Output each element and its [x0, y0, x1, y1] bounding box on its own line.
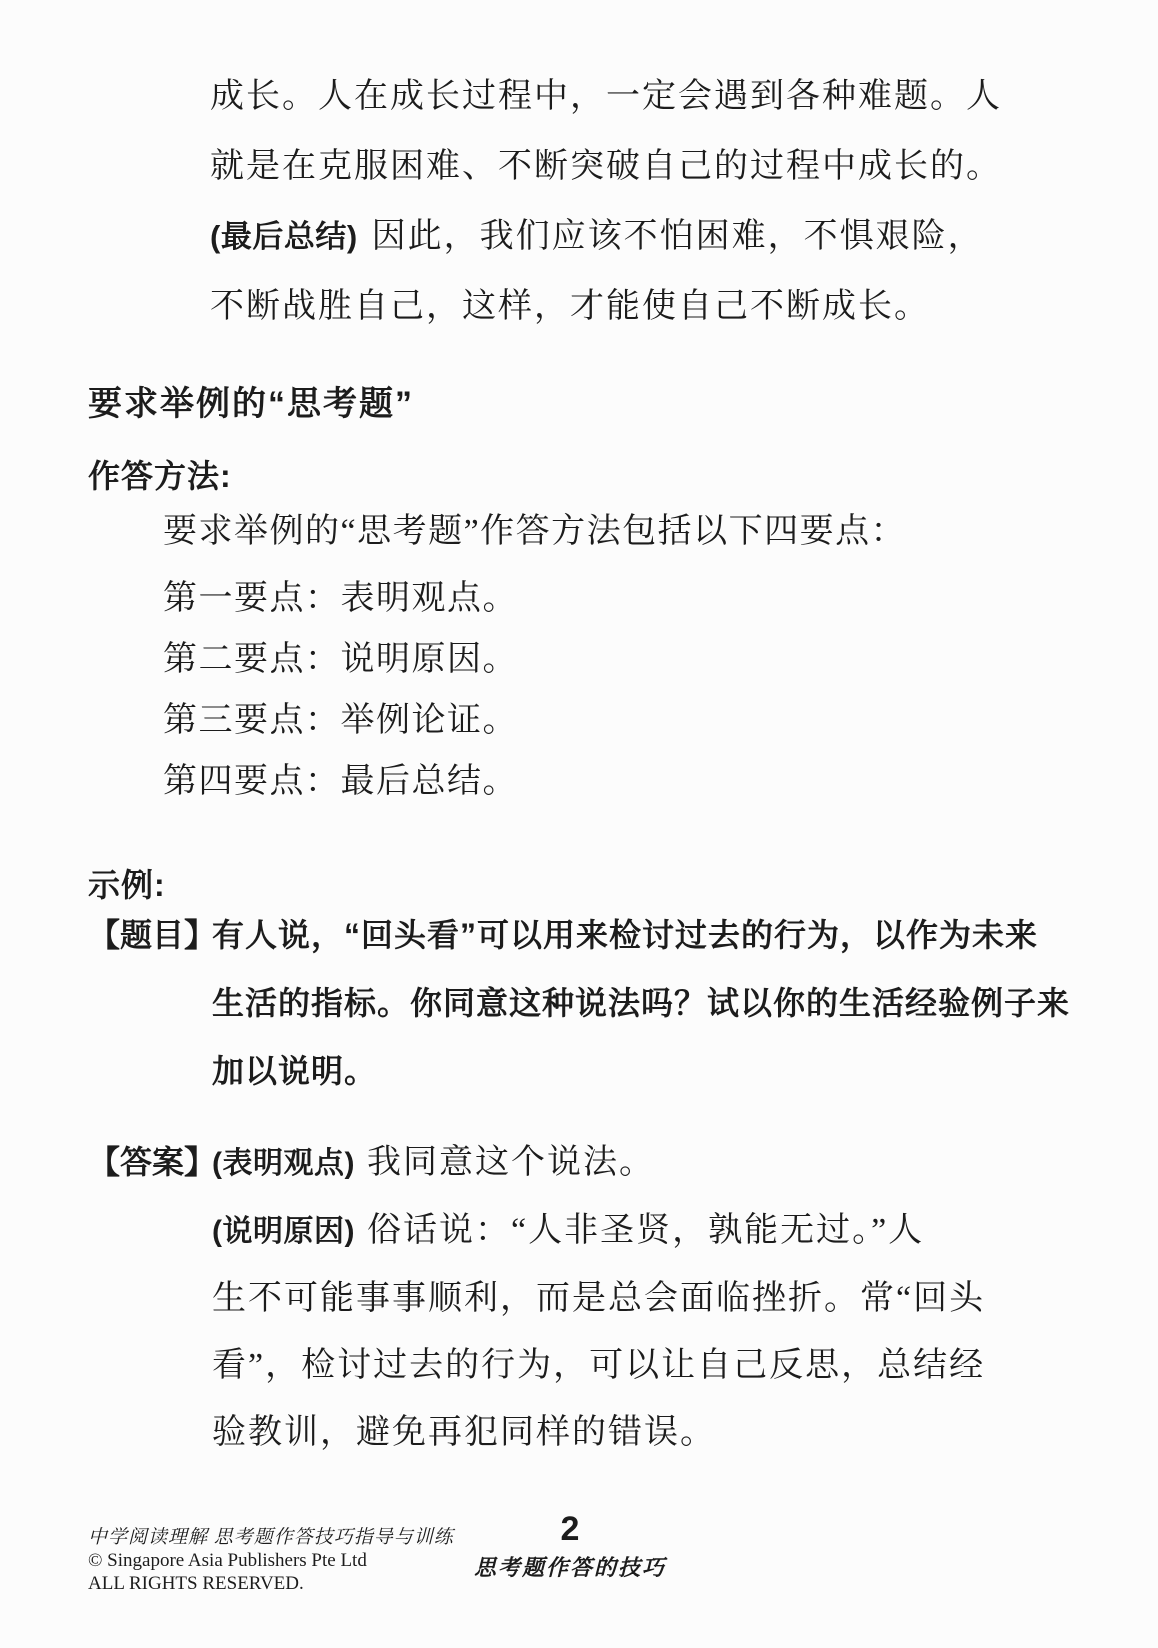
example-label: 示例:: [88, 860, 166, 906]
method-intro: 要求举例的“思考题”作答方法包括以下四要点：: [163, 503, 906, 552]
method-point: 第一要点：表明观点。: [163, 568, 518, 629]
answer-line-text: 俗话说：“人非圣贤，孰能无过。”人: [367, 1212, 924, 1249]
page-number: 2: [420, 1512, 720, 1546]
answer-line: 生不可能事事顺利，而是总会面临挫折。常“回头: [88, 1265, 985, 1332]
question-line-text: 有人说，“回头看”可以用来检讨过去的行为，以作为未来: [212, 917, 1038, 953]
answer-block: 【答案】(表明观点)我同意这个说法。 (说明原因)俗话说：“人非圣贤，孰能无过。…: [88, 1129, 985, 1466]
paragraph-line: 就是在克服困难、不断突破自己的过程中成长的。: [210, 132, 1002, 202]
method-point: 第二要点：说明原因。: [163, 629, 518, 690]
method-points: 第一要点：表明观点。 第二要点：说明原因。 第三要点：举例论证。 第四要点：最后…: [163, 568, 518, 812]
copyright-notice: © Singapore Asia Publishers Pte Ltd: [88, 1549, 454, 1572]
footer: 中学阅读理解 思考题作答技巧指导与训练 © Singapore Asia Pub…: [88, 1526, 454, 1595]
paragraph-line: 不断战胜自己，这样，才能使自己不断成长。: [210, 272, 1002, 342]
chapter-title: 思考题作答的技巧: [420, 1551, 720, 1582]
method-point: 第四要点：最后总结。: [163, 751, 518, 812]
book-title: 中学阅读理解 思考题作答技巧指导与训练: [88, 1526, 454, 1549]
footer-center: 2 思考题作答的技巧: [420, 1512, 720, 1582]
question-block: 【题目】有人说，“回头看”可以用来检讨过去的行为，以作为未来 生活的指标。你同意…: [88, 901, 1070, 1105]
paragraph-line-text: 因此，我们应该不怕困难，不惧艰险，: [372, 218, 984, 255]
method-label: 作答方法:: [88, 451, 232, 497]
answer-line: 验教训，避免再犯同样的错误。: [88, 1399, 985, 1466]
question-tag: 【题目】: [88, 901, 212, 969]
answer-line: 【答案】(表明观点)我同意这个说法。: [88, 1129, 985, 1197]
rights-notice: ALL RIGHTS RESERVED.: [88, 1572, 454, 1595]
answer-line: 看”，检讨过去的行为，可以让自己反思，总结经: [88, 1332, 985, 1399]
answer-tag: 【答案】: [88, 1129, 212, 1196]
question-line: 加以说明。: [88, 1037, 1070, 1105]
answer-line-text: 我同意这个说法。: [367, 1144, 655, 1181]
question-line: 生活的指标。你同意这种说法吗？试以你的生活经验例子来: [88, 969, 1070, 1037]
paragraph-line: 成长。人在成长过程中，一定会遇到各种难题。人: [210, 62, 1002, 132]
document-page: 成长。人在成长过程中，一定会遇到各种难题。人 就是在克服困难、不断突破自己的过程…: [0, 0, 1158, 1648]
answer-point-label: (表明观点): [212, 1147, 355, 1180]
method-point: 第三要点：举例论证。: [163, 690, 518, 751]
answer-line: (说明原因)俗话说：“人非圣贤，孰能无过。”人: [88, 1197, 985, 1265]
section-heading: 要求举例的“思考题”: [88, 376, 414, 425]
summary-inline-label: (最后总结): [210, 219, 358, 254]
answer-reason-label: (说明原因): [212, 1215, 355, 1248]
question-line: 【题目】有人说，“回头看”可以用来检讨过去的行为，以作为未来: [88, 901, 1070, 969]
paragraph-line: (最后总结)因此，我们应该不怕困难，不惧艰险，: [210, 202, 1002, 272]
continuation-paragraph: 成长。人在成长过程中，一定会遇到各种难题。人 就是在克服困难、不断突破自己的过程…: [210, 62, 1002, 342]
